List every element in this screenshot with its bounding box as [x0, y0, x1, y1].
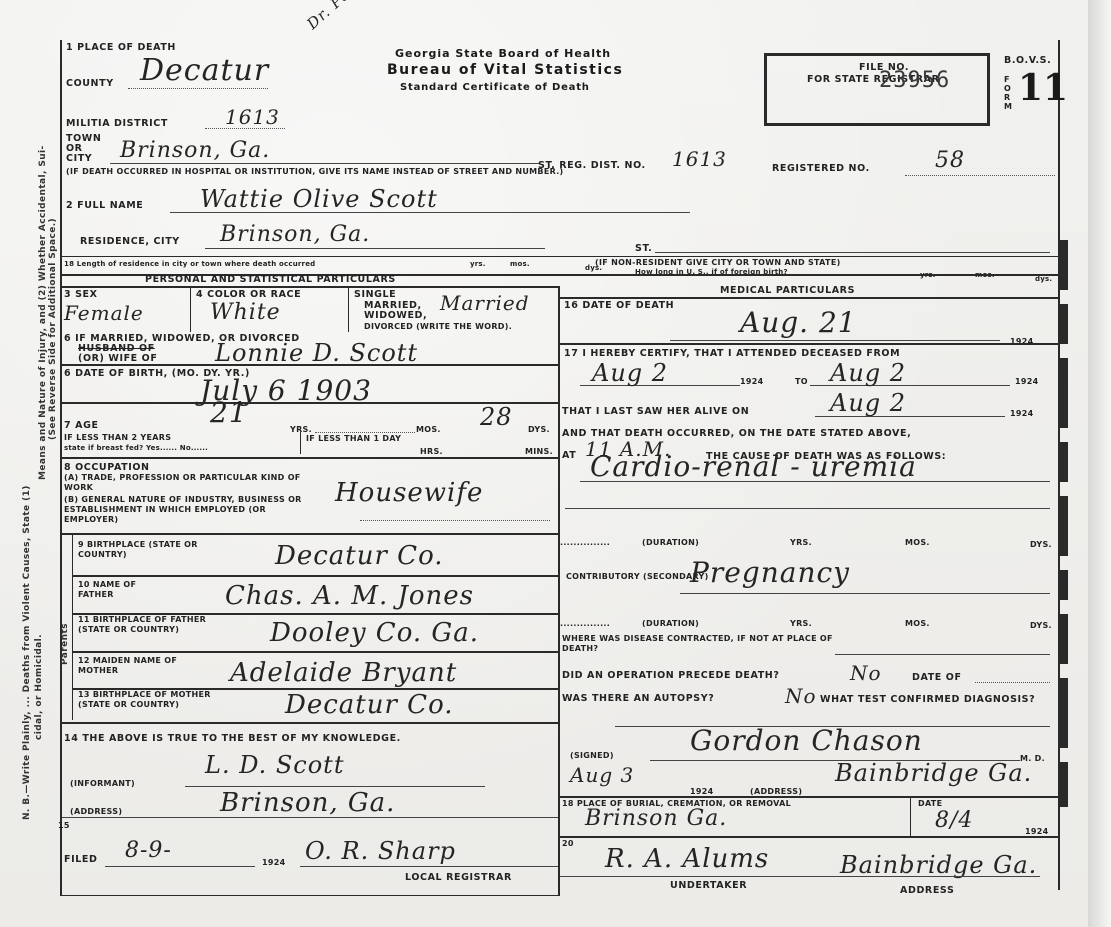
town-value: Brinson, Ga.: [120, 138, 270, 164]
last-saw-value: Aug 2: [830, 390, 906, 416]
county-underline: [128, 88, 268, 89]
bova-label: B.O.V.S.: [1004, 55, 1051, 66]
filed-year: 1924: [262, 857, 285, 868]
county-label: County: [66, 78, 114, 89]
undertaker-signature: R. A. Alums: [605, 846, 769, 872]
residence-label: Residence, City: [80, 236, 180, 247]
father-birthplace-label: 11 Birthplace of Father (State or Countr…: [78, 615, 228, 635]
registrar-underline: [300, 866, 558, 867]
local-registrar-value: O. R. Sharp: [305, 838, 456, 864]
form-label: Form: [1004, 75, 1012, 111]
right-margin-bars: [1060, 240, 1068, 850]
undertaker-label: Undertaker: [670, 880, 747, 891]
undertaker-address-value: Bainbridge Ga.: [840, 852, 1037, 878]
date-of-death-value: Aug. 21: [740, 310, 857, 336]
rule-dod: [560, 343, 1058, 345]
rule-father-birthplace: [73, 651, 558, 653]
rule-1: [62, 256, 1058, 257]
rule-age: [62, 457, 558, 459]
less-1-day-label: If less than 1 day: [306, 433, 401, 444]
autopsy-label: Was there an autopsy?: [562, 693, 714, 704]
operation-label: Did an operation precede death?: [562, 670, 779, 681]
contributory-label: Contributory (Secondary): [566, 571, 709, 582]
occupation-label: 8 Occupation: [64, 462, 150, 473]
burial-date-divider: [910, 796, 911, 836]
date-of-label: Date of: [912, 672, 962, 683]
certify-label: 17 I hereby certify, that I attended dec…: [564, 348, 900, 359]
autopsy-value: No: [785, 683, 817, 709]
board-title: Georgia State Board of Health: [395, 47, 611, 60]
contributory-duration-yrs: yrs.: [790, 618, 812, 629]
contributory-duration-label: (Duration): [642, 618, 699, 629]
st-underline: [655, 252, 1050, 253]
handwritten-margin-note: Dr. Peters Approved Br.: [301, 0, 469, 36]
file-number-box: File No. For State Registrar 23956: [764, 53, 990, 126]
marital-divorced: Divorced (write the word).: [364, 321, 512, 332]
certificate-title: Standard Certificate of Death: [400, 82, 590, 93]
form-number: 11: [1018, 70, 1068, 106]
operation-value: No: [850, 660, 882, 686]
rule-undertaker: [560, 836, 1058, 838]
attended-to-value: Aug 2: [830, 360, 906, 386]
at-label: at: [562, 450, 576, 461]
color-divider: [348, 286, 349, 332]
true-statement: 14 The above is true to the best of my k…: [64, 733, 401, 744]
sex-label: 3 Sex: [64, 289, 98, 300]
father-name-label: 10 Name of Father: [78, 580, 168, 600]
duration-dys: dys.: [1030, 539, 1052, 550]
attended-from-year: 1924: [740, 376, 763, 387]
marital-value: Married: [440, 290, 530, 316]
rule-parents-end: [62, 722, 558, 724]
foreign-birth-label: How long in U. S., if of foreign birth?: [635, 267, 788, 278]
medical-section-title: Medical Particulars: [720, 285, 855, 296]
breast-fed-label: state if breast fed? Yes...... No......: [64, 443, 208, 454]
residence-mos: mos.: [510, 259, 530, 270]
age-years-value: 21: [210, 400, 248, 426]
sex-divider: [190, 286, 191, 332]
bureau-title: Bureau of Vital Statistics: [387, 62, 623, 78]
filed-underline: [105, 866, 255, 867]
full-name-label: 2 Full Name: [66, 200, 143, 211]
undertaker-address-label: Address: [900, 885, 954, 896]
sex-value: Female: [64, 300, 144, 326]
informant-value: L. D. Scott: [205, 752, 344, 778]
birthplace-label: 9 Birthplace (State or Country): [78, 540, 228, 560]
burial-date-value: 8/4: [935, 808, 973, 834]
registered-no-value: 58: [935, 148, 965, 174]
st-reg-dist-value: 1613: [672, 146, 727, 172]
undertaker-underline: [560, 876, 1040, 877]
where-contracted-underline: [835, 654, 1050, 655]
rule-birthplace: [73, 575, 558, 577]
last-saw-label: That I last saw her alive on: [562, 406, 749, 417]
mother-birthplace-label: 13 Birthplace of Mother (State or Countr…: [78, 690, 228, 710]
mother-maiden-value: Adelaide Bryant: [230, 660, 457, 686]
occupation-b-underline: [360, 520, 550, 521]
place-of-death-label: 1 Place of Death: [66, 42, 176, 53]
rule-spouse: [62, 364, 558, 366]
informant-underline: [185, 786, 485, 787]
last-saw-year: 1924: [1010, 408, 1033, 419]
marital-widowed: Widowed,: [364, 310, 427, 321]
parents-divider: [72, 533, 73, 720]
color-label: 4 Color or Race: [196, 289, 301, 300]
age-divider: [300, 432, 301, 454]
margin-note-bottom2: cidal, or Homicidal.: [34, 634, 44, 740]
test-confirmed-label: What test confirmed diagnosis?: [820, 694, 1035, 705]
contributory-duration-mos: mos.: [905, 618, 930, 629]
physician-address-value: Bainbridge Ga.: [835, 760, 1032, 786]
residence-yrs: yrs.: [470, 259, 486, 270]
militia-district-value: 1613: [225, 104, 280, 130]
age-dys-label: dys.: [528, 424, 550, 435]
file-number-value: 23956: [879, 68, 950, 93]
occupation-b-label: (b) General nature of industry, business…: [64, 495, 304, 525]
contributory-underline: [680, 593, 1050, 594]
filed-value: 8-9-: [125, 838, 172, 864]
occupation-a-label: (a) Trade, profession or particular kind…: [64, 473, 304, 493]
left-border: [60, 40, 62, 895]
attended-to-year: 1924: [1015, 376, 1038, 387]
father-birthplace-value: Dooley Co. Ga.: [270, 620, 479, 646]
bottom-border: [60, 895, 560, 896]
attended-from-value: Aug 2: [592, 360, 668, 386]
date-of-death-year: 1924: [1010, 336, 1033, 347]
mother-maiden-label: 12 Maiden Name of Mother: [78, 656, 188, 676]
county-value: Decatur: [140, 58, 269, 84]
age-label: 7 Age: [64, 420, 99, 431]
registered-no-label: Registered No.: [772, 163, 870, 174]
rule-3: [62, 286, 560, 288]
center-divider: [558, 286, 560, 896]
birthplace-value: Decatur Co.: [275, 543, 444, 569]
age-mins-label: mins.: [525, 446, 553, 457]
full-name-value: Wattie Olive Scott: [200, 186, 438, 212]
residence-value: Brinson, Ga.: [220, 222, 370, 248]
date-of-underline: [975, 682, 1050, 683]
st-label: St.: [635, 243, 652, 254]
residence-underline: [205, 248, 545, 249]
color-value: White: [210, 300, 281, 326]
hospital-note: (If death occurred in hospital or instit…: [66, 166, 564, 177]
local-registrar-label: Local Registrar: [405, 872, 512, 883]
mother-birthplace-value: Decatur Co.: [285, 692, 454, 718]
parents-label: Parents: [60, 623, 70, 665]
contributory-duration-dys: dys.: [1030, 620, 1052, 631]
margin-note-reverse: (See Reverse Side for Additional Space.): [48, 218, 58, 440]
margin-note-bottom: N. B.—Write Plainly, ... Deaths from Vio…: [22, 485, 32, 820]
spouse-value: Lonnie D. Scott: [215, 340, 418, 366]
marital-single: Single: [354, 289, 396, 300]
age-hrs-label: hrs.: [420, 446, 443, 457]
length-residence-label: 18 Length of residence in city or town w…: [64, 259, 315, 270]
signed-label: (Signed): [570, 750, 614, 761]
duration-mos: mos.: [905, 537, 930, 548]
personal-section-title: Personal and Statistical Particulars: [145, 274, 396, 285]
date-of-death-underline: [670, 340, 1000, 341]
scan-edge: [1088, 0, 1111, 927]
contributory-value: Pregnancy: [690, 560, 850, 586]
age-less-2-label: If less than 2 years: [64, 432, 171, 443]
rule-occupation: [62, 533, 558, 535]
cause-underline-2: [565, 508, 1050, 509]
registered-underline: [905, 175, 1055, 176]
margin-note-top: Means and Nature of Injury, and (2) Whet…: [38, 145, 48, 480]
age-days-value: 28: [480, 404, 513, 430]
duration-label: (Duration): [642, 537, 699, 548]
town-label: Town or City: [66, 134, 100, 164]
occupation-value: Housewife: [335, 480, 483, 506]
burial-place-value: Brinson Ga.: [585, 806, 727, 832]
age-mos-label: mos.: [416, 424, 441, 435]
militia-district-label: Militia District: [66, 118, 168, 129]
rule-3b: [560, 297, 1058, 299]
address-label: (Address): [70, 806, 122, 817]
informant-label: (Informant): [70, 778, 135, 789]
cause-value: Cardio-renal - uremia: [590, 454, 917, 480]
wife-of-label: (or) Wife of: [78, 353, 157, 364]
duration-yrs: yrs.: [790, 537, 812, 548]
filed-label: Filed: [64, 854, 97, 865]
physician-signature: Gordon Chason: [690, 728, 923, 754]
informant-address-value: Brinson, Ga.: [220, 790, 395, 816]
father-name-value: Chas. A. M. Jones: [225, 583, 474, 609]
date-of-death-label: 16 Date of Death: [564, 300, 674, 311]
death-certificate: Means and Nature of Injury, and (2) Whet…: [0, 0, 1111, 927]
signed-date-value: Aug 3: [570, 762, 634, 788]
where-contracted-label: Where was disease contracted, if not at …: [562, 634, 862, 654]
